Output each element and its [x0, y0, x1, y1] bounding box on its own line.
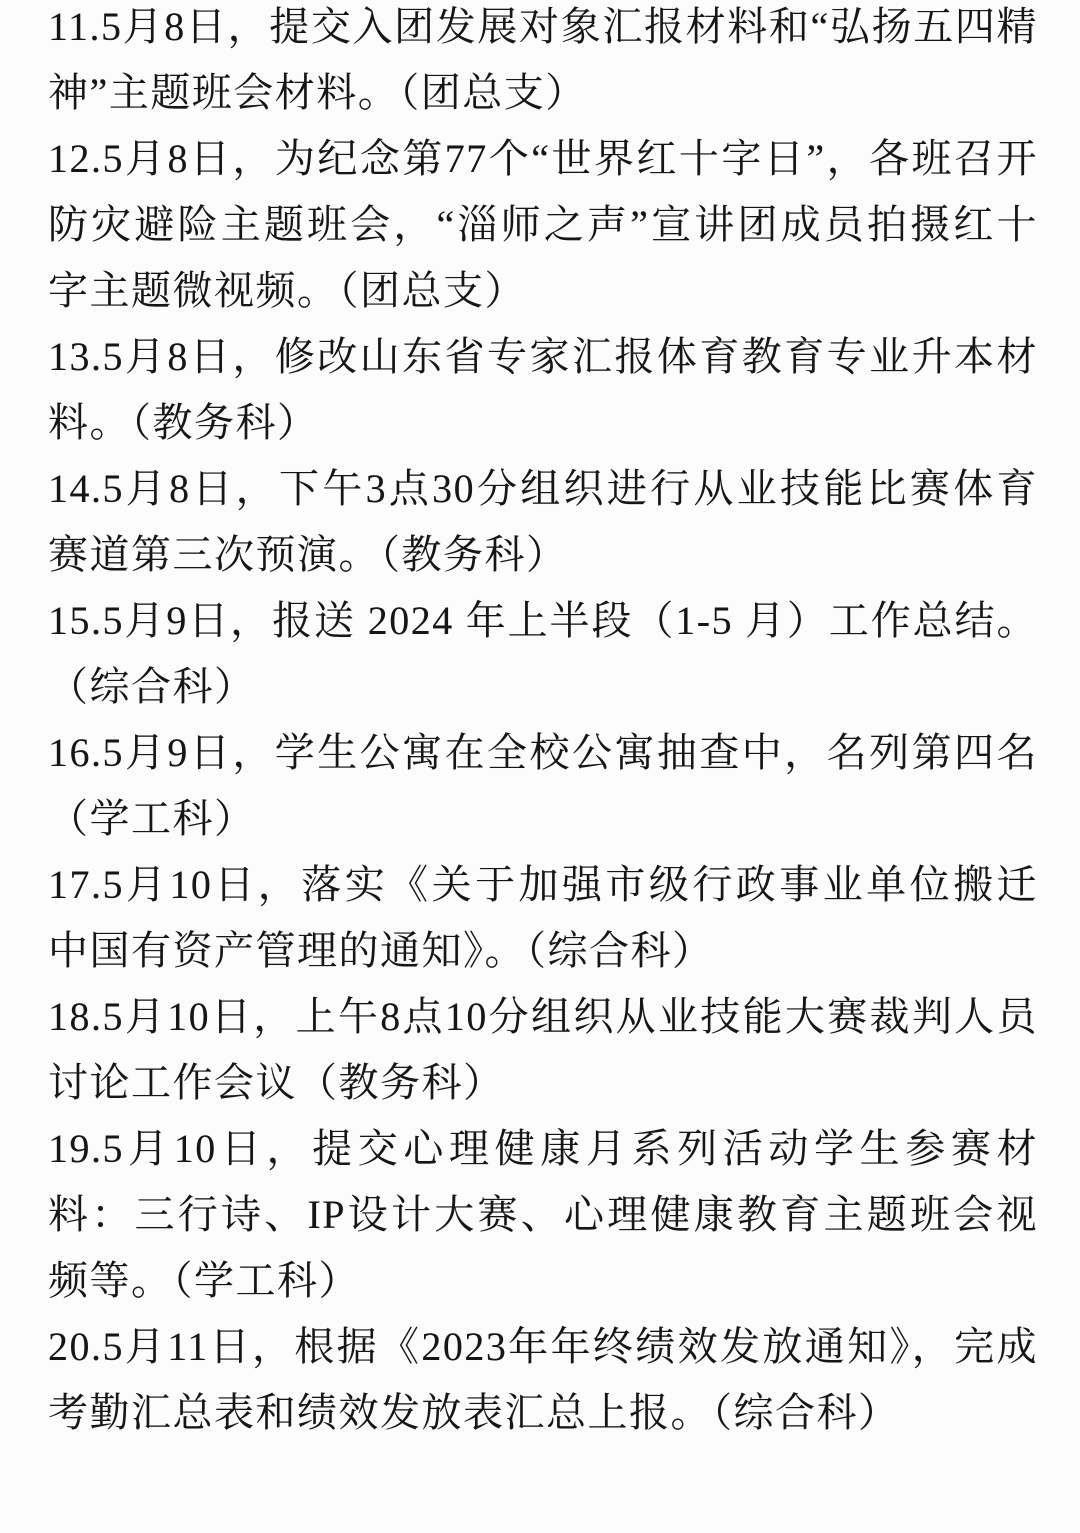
list-item-16: 16.5月9日，学生公寓在全校公寓抽查中，名列第四名（学工科）: [48, 720, 1038, 852]
list-item-11: 11.5月8日，提交入团发展对象汇报材料和“弘扬五四精神”主题班会材料。（团总支…: [48, 0, 1038, 126]
list-item-19: 19.5月10日，提交心理健康月系列活动学生参赛材料：三行诗、IP设计大赛、心理…: [48, 1116, 1038, 1314]
list-item-13: 13.5月8日，修改山东省专家汇报体育教育专业升本材料。（教务科）: [48, 324, 1038, 456]
list-item-18: 18.5月10日，上午8点10分组织从业技能大赛裁判人员讨论工作会议（教务科）: [48, 984, 1038, 1116]
list-item-17: 17.5月10日，落实《关于加强市级行政事业单位搬迁中国有资产管理的通知》。（综…: [48, 852, 1038, 984]
list-item-15: 15.5月9日，报送 2024 年上半段（1-5 月）工作总结。（综合科）: [48, 588, 1038, 720]
list-item-20: 20.5月11日，根据《2023年年终绩效发放通知》，完成考勤汇总表和绩效发放表…: [48, 1314, 1038, 1446]
document-page: 11.5月8日，提交入团发展对象汇报材料和“弘扬五四精神”主题班会材料。（团总支…: [0, 0, 1080, 1527]
task-list: 11.5月8日，提交入团发展对象汇报材料和“弘扬五四精神”主题班会材料。（团总支…: [48, 0, 1038, 1446]
list-item-12: 12.5月8日，为纪念第77个“世界红十字日”，各班召开防灾避险主题班会，“淄师…: [48, 126, 1038, 324]
list-item-14: 14.5月8日，下午3点30分组织进行从业技能比赛体育赛道第三次预演。（教务科）: [48, 456, 1038, 588]
